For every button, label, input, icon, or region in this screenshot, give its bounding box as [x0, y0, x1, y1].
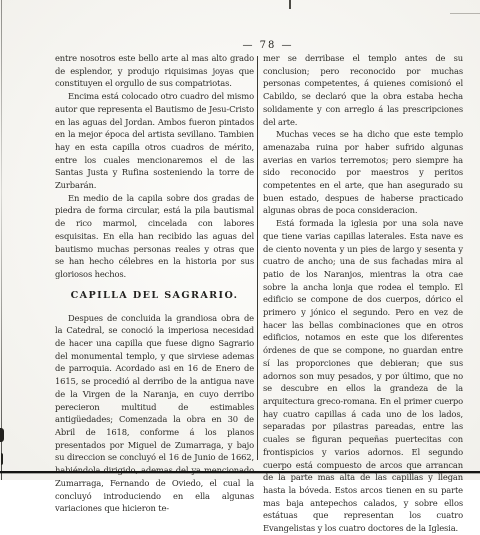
scan-ink-blob	[0, 428, 4, 442]
paragraph: Despues de concluida la grandiosa obra d…	[55, 312, 254, 480]
paragraph: Está formada la iglesia por una sola nav…	[263, 217, 463, 480]
paragraph: mer se derribase el templo antes de su c…	[263, 52, 463, 128]
paragraph: Muchas veces se ha dicho que este templo…	[263, 128, 463, 217]
paragraph: En medio de la capila sobre dos gradas d…	[55, 192, 254, 281]
column-divider-rule	[257, 56, 258, 460]
scan-border-left	[1, 0, 2, 480]
scan-mark-top-right	[450, 13, 480, 14]
page-number: — 78 —	[242, 40, 293, 51]
paragraph: Encima está colocado otro cuadro del mis…	[55, 90, 254, 192]
section-heading: CAPILLA DEL SAGRARIO.	[55, 290, 254, 301]
left-column: entre nosotros este bello arte al mas al…	[55, 52, 254, 480]
scan-mark-top	[289, 0, 291, 9]
scan-border-bottom	[0, 471, 480, 473]
scanned-book-page: — 78 — entre nosotros este bello arte al…	[0, 0, 480, 480]
paragraph: entre nosotros este bello arte al mas al…	[55, 52, 254, 90]
right-column: mer se derribase el templo antes de su c…	[263, 52, 463, 480]
